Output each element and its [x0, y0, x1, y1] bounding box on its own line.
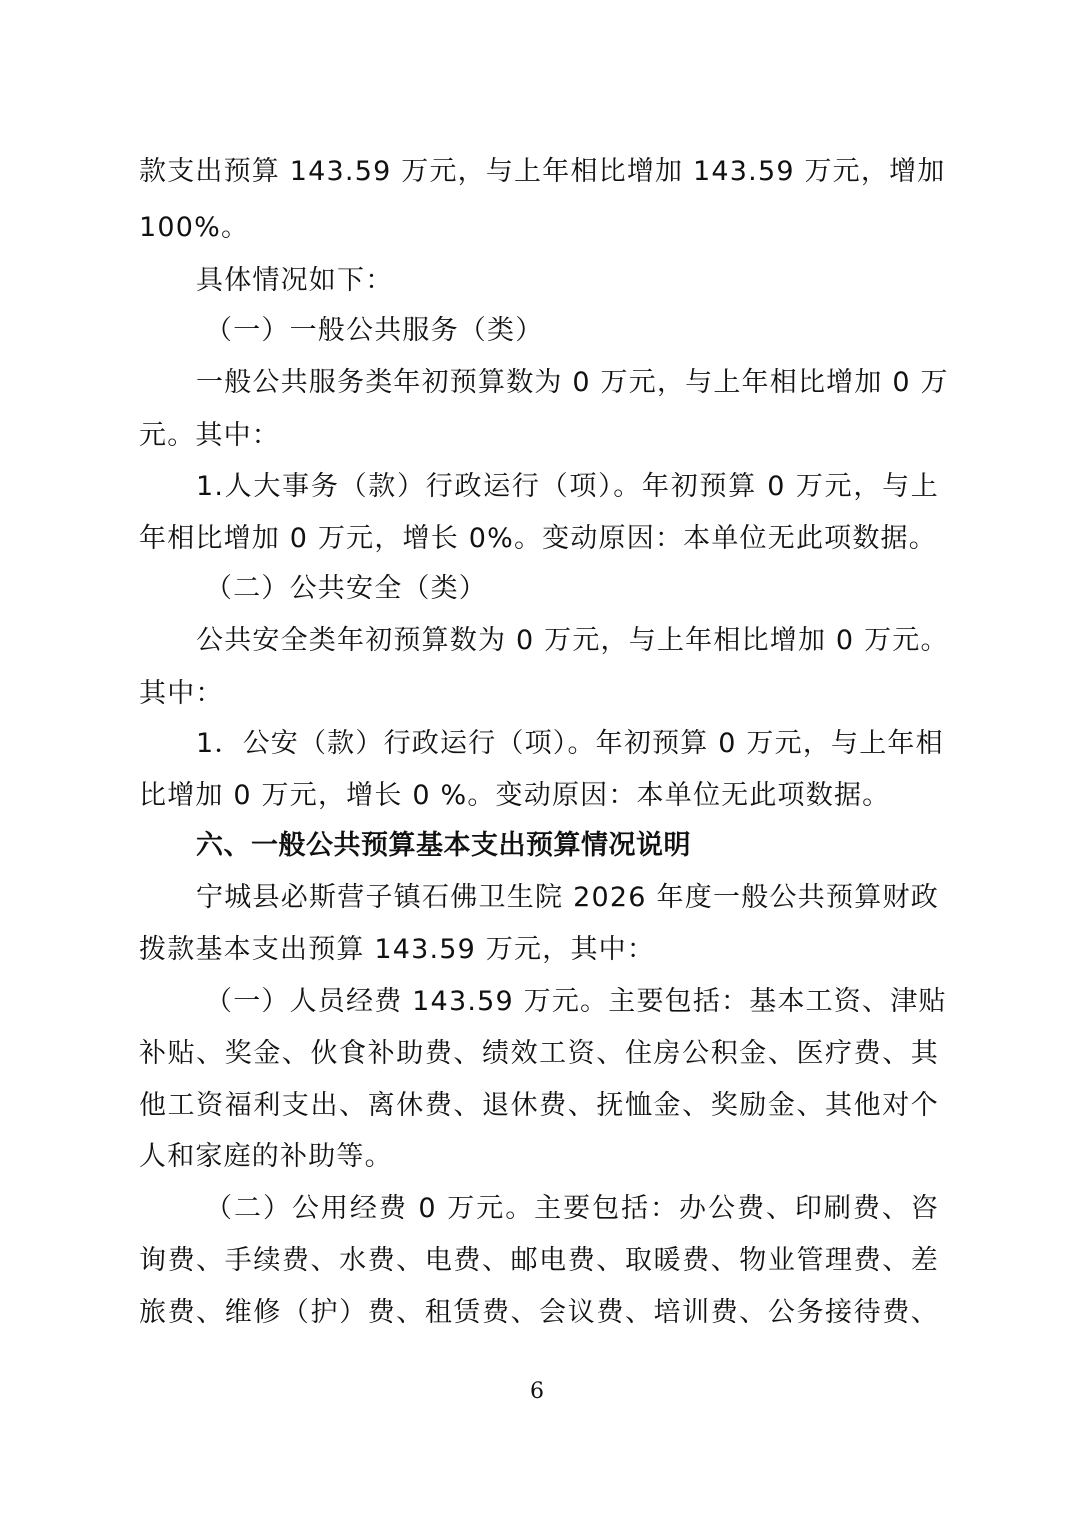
page-number: 6: [0, 1378, 1074, 1406]
document-page: 款支出预算 143.59 万元，与上年相比增加 143.59 万元，增加 100…: [0, 0, 1074, 1520]
paragraph-line: 公共安全类年初预算数为 0 万元，与上年相比增加 0 万元。: [196, 624, 939, 658]
paragraph-line: 他工资福利支出、离休费、退休费、抚恤金、奖励金、其他对个: [139, 1089, 939, 1123]
section-subheading: （二）公共安全（类）: [205, 572, 939, 606]
paragraph-line: 人和家庭的补助等。: [139, 1140, 939, 1174]
paragraph-line: 比增加 0 万元，增长 0 %。变动原因：本单位无此项数据。: [139, 779, 939, 813]
paragraph-line: 年相比增加 0 万元，增长 0%。变动原因：本单位无此项数据。: [139, 522, 939, 556]
paragraph-line: 宁城县必斯营子镇石佛卫生院 2026 年度一般公共预算财政: [196, 881, 939, 915]
paragraph-line: 其中：: [139, 677, 939, 711]
paragraph-line: （二）公用经费 0 万元。主要包括：办公费、印刷费、咨: [205, 1192, 939, 1226]
paragraph-line: 具体情况如下：: [196, 264, 939, 298]
paragraph-line: 询费、手续费、水费、电费、邮电费、取暖费、物业管理费、差: [139, 1244, 939, 1278]
section-subheading: （一）一般公共服务（类）: [205, 314, 939, 348]
paragraph-line: 100%。: [139, 211, 939, 245]
section-heading: 六、一般公共预算基本支出预算情况说明: [196, 829, 939, 863]
paragraph-line: （一）人员经费 143.59 万元。主要包括：基本工资、津贴: [205, 985, 939, 1019]
paragraph-line: 元。其中：: [139, 419, 939, 453]
paragraph-line: 1.人大事务（款）行政运行（项）。年初预算 0 万元，与上: [196, 470, 939, 504]
paragraph-line: 补贴、奖金、伙食补助费、绩效工资、住房公积金、医疗费、其: [139, 1037, 939, 1071]
paragraph-line: 拨款基本支出预算 143.59 万元，其中：: [139, 933, 939, 967]
paragraph-line: 1．公安（款）行政运行（项）。年初预算 0 万元，与上年相: [196, 727, 939, 761]
paragraph-line: 旅费、维修（护）费、租赁费、会议费、培训费、公务接待费、: [139, 1296, 939, 1330]
paragraph-line: 款支出预算 143.59 万元，与上年相比增加 143.59 万元，增加: [139, 155, 939, 189]
paragraph-line: 一般公共服务类年初预算数为 0 万元，与上年相比增加 0 万: [196, 366, 939, 400]
